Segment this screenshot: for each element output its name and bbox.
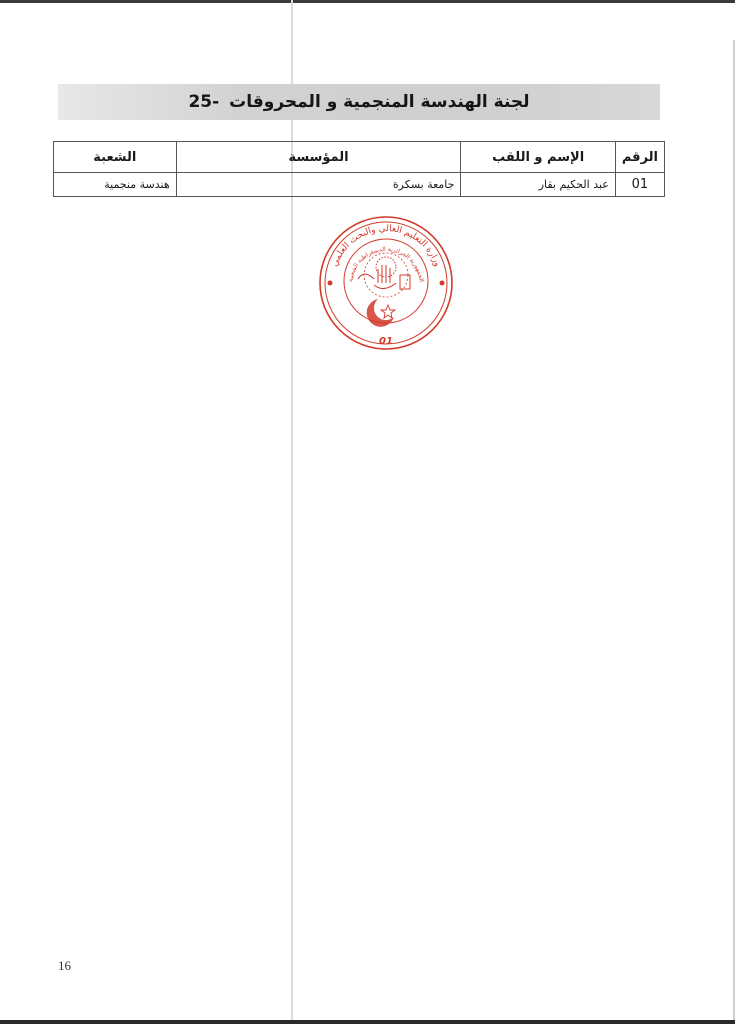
section-title: لجنة الهندسة المنجمية و المحروقات [229, 92, 529, 112]
committee-table: الرقم الإسم و اللقب المؤسسة الشعبة 01 عب… [53, 141, 665, 197]
header-institution: المؤسسة [176, 142, 461, 173]
stamp-star-left-icon [328, 281, 333, 286]
table-header-row: الرقم الإسم و اللقب المؤسسة الشعبة [54, 142, 665, 173]
section-number: 25- [188, 92, 219, 112]
scan-bottom-edge [0, 1020, 735, 1024]
stamp-number: 01 [379, 336, 393, 347]
table-row: 01 عبد الحكيم بقار جامعة بسكرة هندسة منج… [54, 173, 665, 197]
cell-name: عبد الحكيم بقار [461, 173, 615, 197]
cell-number: 01 [615, 173, 664, 197]
header-name: الإسم و اللقب [461, 142, 615, 173]
official-stamp: وزارة التعليم العالي والبحث العلمي الجمه… [318, 213, 454, 353]
cell-branch: هندسة منجمية [54, 173, 177, 197]
hand-emblem-icon [358, 257, 410, 289]
cell-institution: جامعة بسكرة [176, 173, 461, 197]
page-number: 16 [58, 958, 71, 974]
stamp-star-right-icon [440, 281, 445, 286]
scan-top-edge [0, 0, 735, 3]
section-heading: لجنة الهندسة المنجمية و المحروقات 25- [58, 84, 660, 120]
header-number: الرقم [615, 142, 664, 173]
header-branch: الشعبة [54, 142, 177, 173]
